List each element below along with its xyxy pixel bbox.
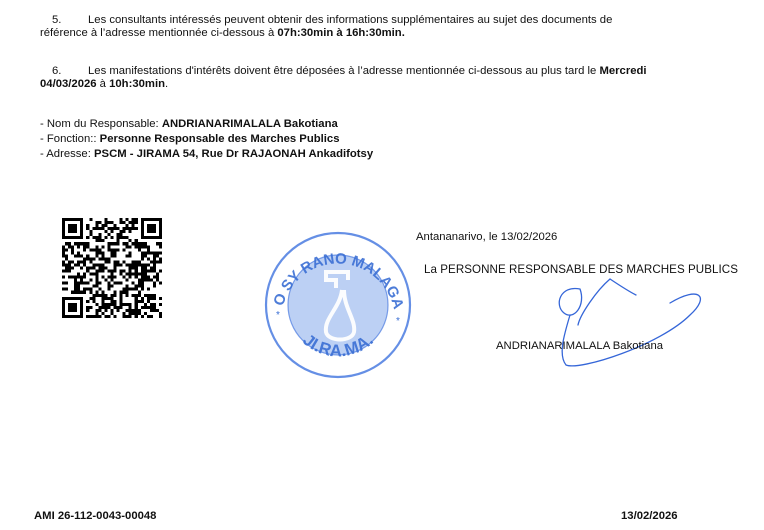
- deadline-day: Mercredi: [599, 65, 646, 77]
- handwritten-signature: [540, 275, 730, 375]
- value: ANDRIANARIMALALA Bakotiana: [162, 118, 338, 130]
- value: PSCM - JIRAMA 54, Rue Dr RAJAONAH Ankadi…: [94, 148, 373, 160]
- contact-info: - Nom du Responsable: ANDRIANARIMALALA B…: [40, 117, 373, 162]
- value: Personne Responsable des Marches Publics: [100, 133, 340, 145]
- contact-function: - Fonction:: Personne Responsable des Ma…: [40, 132, 373, 147]
- footer-date: 13/02/2026: [621, 510, 678, 522]
- section-5: 5.Les consultants intéressés peuvent obt…: [40, 14, 740, 39]
- official-stamp: JIRO SY RANO MALAGASY JI.RA.MA. * *: [262, 228, 414, 380]
- contact-name: - Nom du Responsable: ANDRIANARIMALALA B…: [40, 117, 373, 132]
- section-text: référence à l’adresse mentionnée ci-dess…: [40, 27, 277, 39]
- section-number: 5.: [40, 14, 88, 27]
- place-date: Antananarivo, le 13/02/2026: [416, 231, 557, 243]
- section-text: .: [165, 78, 168, 90]
- svg-text:*: *: [396, 316, 400, 327]
- label: - Fonction::: [40, 133, 100, 145]
- section-text: à: [97, 78, 110, 90]
- deadline-time: 10h:30min: [109, 78, 165, 90]
- signer-name: ANDRIANARIMALALA Bakotiana: [496, 340, 663, 352]
- label: - Adresse:: [40, 148, 94, 160]
- qr-code-icon: [62, 218, 162, 318]
- svg-text:*: *: [276, 310, 280, 321]
- deadline-date: 04/03/2026: [40, 78, 97, 90]
- opening-hours: 07h:30min à 16h:30min.: [277, 27, 404, 39]
- section-number: 6.: [40, 65, 88, 78]
- section-6: 6.Les manifestations d'intérêts doivent …: [40, 65, 740, 90]
- section-text: Les consultants intéressés peuvent obten…: [88, 14, 612, 26]
- document-reference: AMI 26-112-0043-00048: [34, 510, 156, 522]
- section-text: Les manifestations d'intérêts doivent êt…: [88, 65, 599, 77]
- label: - Nom du Responsable:: [40, 118, 162, 130]
- contact-address: - Adresse: PSCM - JIRAMA 54, Rue Dr RAJA…: [40, 147, 373, 162]
